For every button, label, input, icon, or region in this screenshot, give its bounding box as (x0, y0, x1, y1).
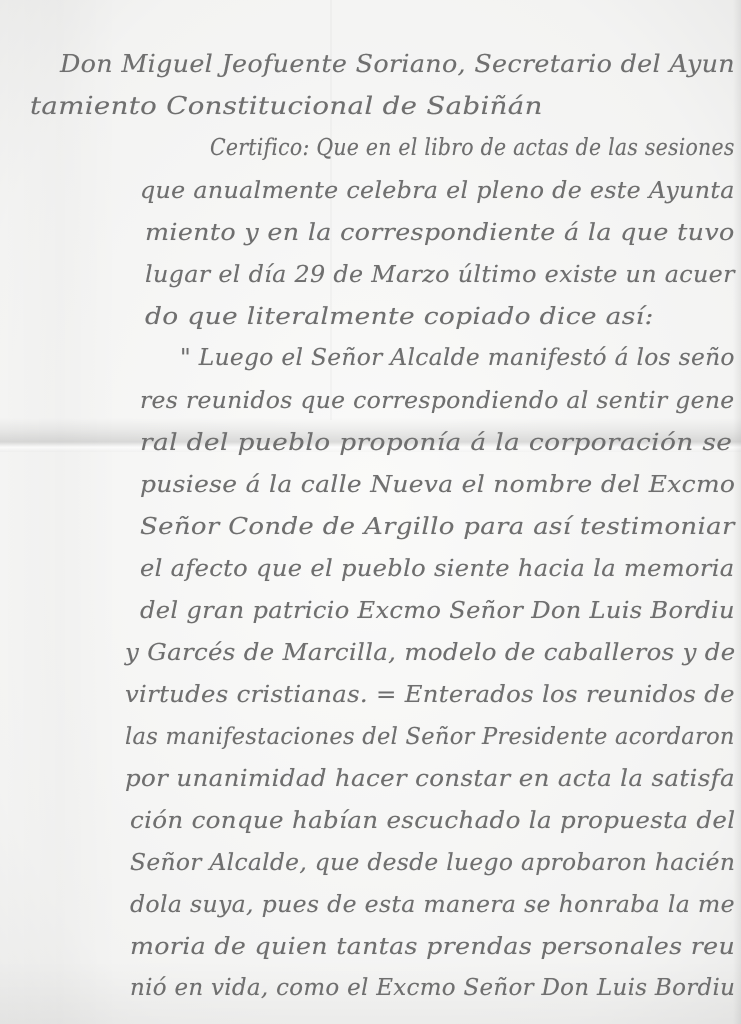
text-line-14: del gran patricio Excmo Señor Don Luis B… (140, 598, 735, 624)
text-line-21: dola suya, pues de esta manera se honrab… (130, 892, 735, 918)
text-line-2: tamiento Constitucional de Sabiñán (30, 92, 543, 120)
text-line-16: virtudes cristianas. = Enterados los reu… (125, 682, 735, 708)
text-line-9: res reunidos que correspondiendo al sent… (140, 388, 735, 414)
text-line-13: el afecto que el pueblo siente hacia la … (140, 556, 735, 582)
text-line-22: moria de quien tantas prendas personales… (130, 934, 735, 960)
text-line-6: lugar el día 29 de Marzo último existe u… (145, 262, 735, 288)
text-line-20: Señor Alcalde, que desde luego aprobaron… (130, 850, 735, 876)
text-line-19: ción conque habían escuchado la propuest… (130, 808, 735, 834)
text-line-17: las manifestaciones del Señor Presidente… (125, 724, 735, 750)
text-line-4: que anualmente celebra el pleno de este … (140, 178, 735, 204)
text-line-11: pusiese á la calle Nueva el nombre del E… (140, 472, 735, 498)
text-line-8: " Luego el Señor Alcalde manifestó á los… (180, 345, 735, 371)
text-line-7: do que literalmente copiado dice así: (145, 304, 654, 330)
text-line-15: y Garcés de Marcilla, modelo de caballer… (125, 640, 736, 666)
text-line-10: ral del pueblo proponía á la corporación… (140, 430, 732, 456)
text-line-3: Certifico: Que en el libro de actas de l… (210, 135, 735, 161)
text-line-18: por unanimidad hacer constar en acta la … (125, 766, 735, 792)
text-line-12: Señor Conde de Argillo para así testimon… (140, 514, 735, 540)
text-line-23: nió en vida, como el Excmo Señor Don Lui… (130, 975, 735, 1001)
text-line-5: miento y en la correspondiente á la que … (145, 220, 735, 246)
text-line-1: Don Miguel Jeofuente Soriano, Secretario… (60, 50, 735, 78)
